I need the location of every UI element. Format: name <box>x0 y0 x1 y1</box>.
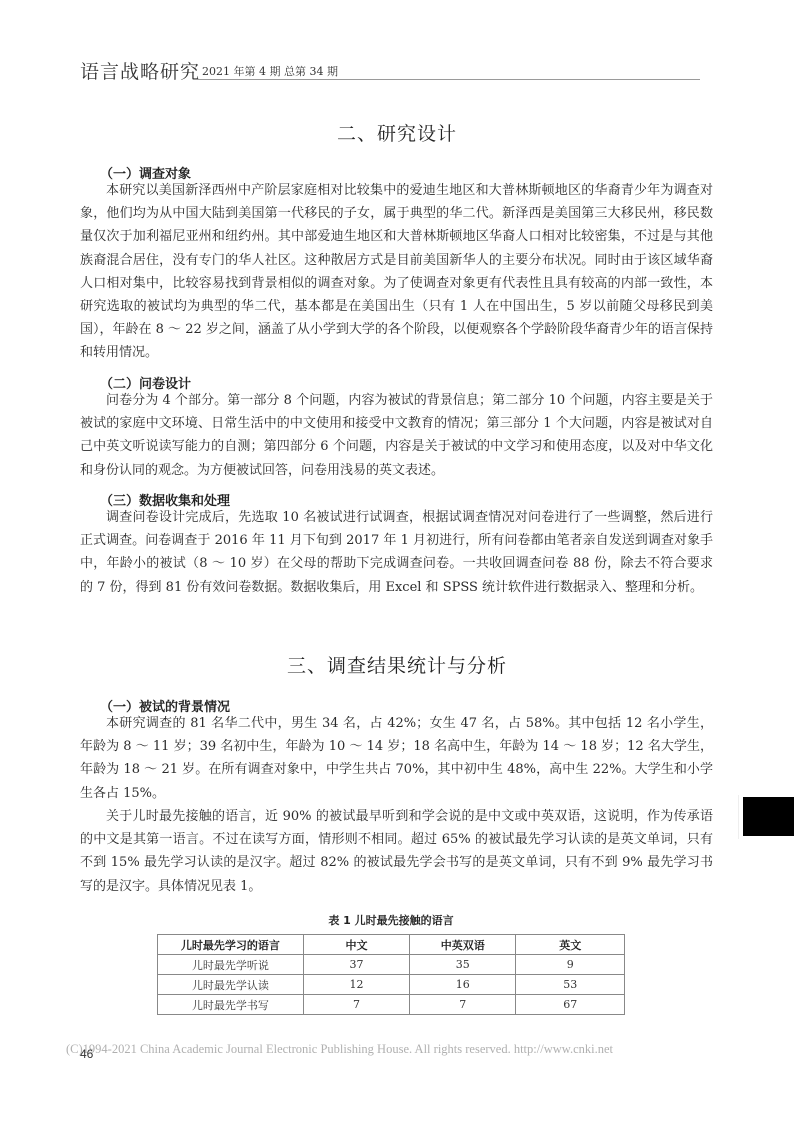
table-cell: 37 <box>303 955 409 975</box>
table-header-cell: 中文 <box>303 935 409 955</box>
table-cell: 7 <box>410 995 516 1015</box>
table-cell: 9 <box>516 955 625 975</box>
table-cell: 53 <box>516 975 625 995</box>
table-cell: 7 <box>303 995 409 1015</box>
paragraph-questionnaire: 问卷分为 4 个部分。第一部分 8 个问题，内容为被试的背景信息；第二部分 10… <box>80 389 713 482</box>
journal-name: 语言战略研究 <box>80 57 200 84</box>
thumb-index-tab <box>743 797 794 836</box>
table-cell: 16 <box>410 975 516 995</box>
table-row: 儿时最先学认读 12 16 53 <box>158 975 625 995</box>
paragraph-background-2: 关于儿时最先接触的语言，近 90% 的被试最早听到和学会说的是中文或中英双语，这… <box>80 805 713 898</box>
data-table-first-language: 儿时最先学习的语言 中文 中英双语 英文 儿时最先学听说 37 35 9 儿时最… <box>157 934 625 1015</box>
table-cell: 儿时最先学书写 <box>158 995 304 1015</box>
section-title-results: 三、调查结果统计与分析 <box>0 651 794 678</box>
table-header-cell: 儿时最先学习的语言 <box>158 935 304 955</box>
paragraph-background-1: 本研究调查的 81 名华二代中，男生 34 名，占 42%；女生 47 名，占 … <box>80 712 713 805</box>
page-number: 46 <box>80 1047 93 1061</box>
paragraph-data-collection: 调查问卷设计完成后，先选取 10 名被试进行试调查，根据试调查情况对问卷进行了一… <box>80 506 713 599</box>
copyright-watermark: (C)1994-2021 China Academic Journal Elec… <box>66 1042 613 1057</box>
header-rule <box>195 79 700 80</box>
table-cell: 儿时最先学认读 <box>158 975 304 995</box>
issue-info: 2021 年第 4 期 总第 34 期 <box>202 63 338 79</box>
table-cell: 67 <box>516 995 625 1015</box>
table-row: 儿时最先学书写 7 7 67 <box>158 995 625 1015</box>
table-caption: 表 1 儿时最先接触的语言 <box>157 912 625 928</box>
table-cell: 12 <box>303 975 409 995</box>
table-header-cell: 英文 <box>516 935 625 955</box>
table-header-row: 儿时最先学习的语言 中文 中英双语 英文 <box>158 935 625 955</box>
paragraph-subjects: 本研究以美国新泽西州中产阶层家庭相对比较集中的爱迪生地区和大普林斯顿地区的华裔青… <box>80 179 713 365</box>
table-header-cell: 中英双语 <box>410 935 516 955</box>
thumb-tab-guide <box>738 795 739 839</box>
table-row: 儿时最先学听说 37 35 9 <box>158 955 625 975</box>
table-cell: 儿时最先学听说 <box>158 955 304 975</box>
table-cell: 35 <box>410 955 516 975</box>
section-title-research-design: 二、研究设计 <box>0 119 794 146</box>
